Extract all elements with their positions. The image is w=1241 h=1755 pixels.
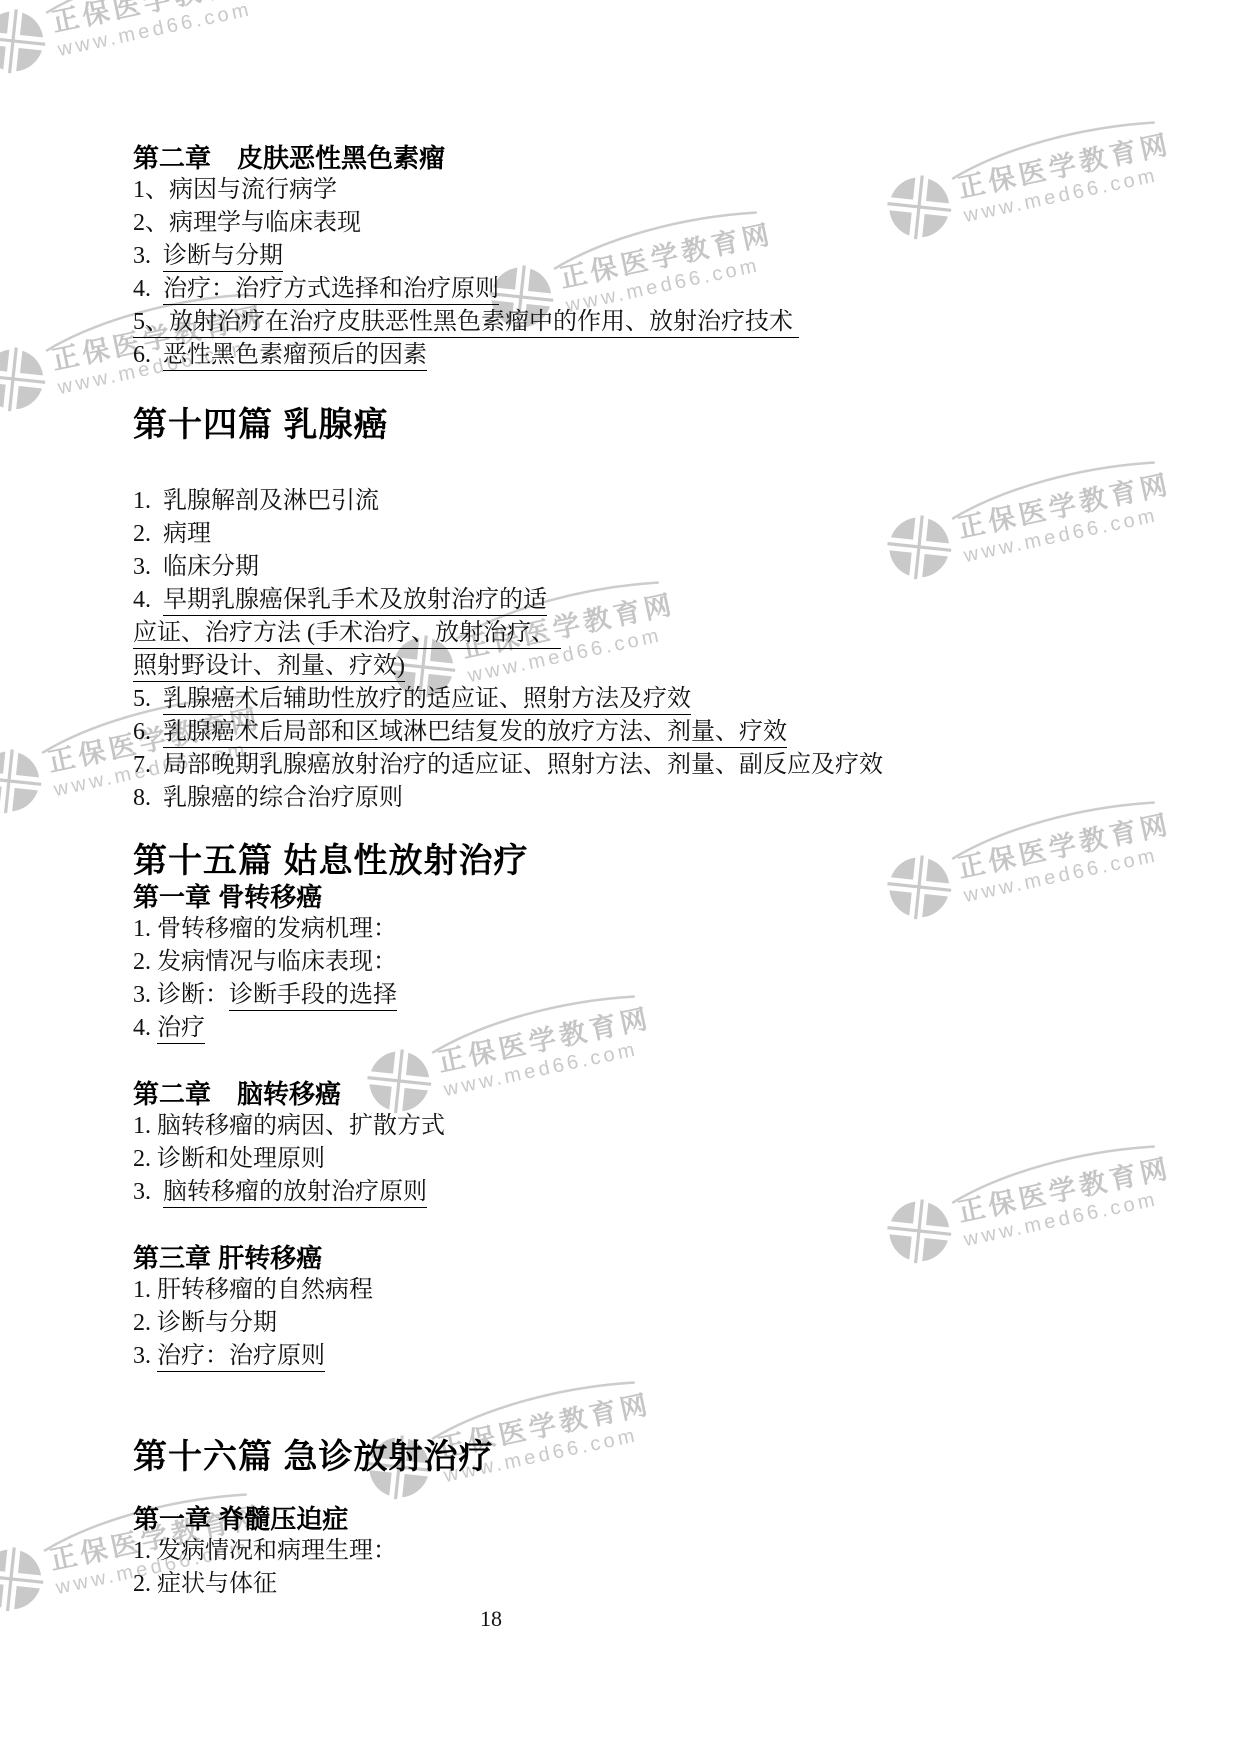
part-heading: 第十五篇 姑息性放射治疗 [133, 841, 1113, 881]
med66-logo-icon [0, 1541, 49, 1617]
page-number: 18 [480, 1606, 502, 1632]
toc-item: 3. 临床分期 [133, 551, 1113, 584]
plain-text: 1. 肝转移瘤的自然病程 [133, 1277, 373, 1303]
watermark: 正保医学教育网 www.med66.com [0, 0, 275, 93]
plain-text: 第一章 脊髓压迫症 [133, 1504, 348, 1534]
watermark-text-block: 正保医学教育网 www.med66.com [48, 0, 273, 63]
spacer [133, 445, 1113, 485]
underlined-text: 脑转移瘤的放射治疗原则 [163, 1179, 427, 1208]
plain-text: 2. 病理 [133, 521, 211, 547]
toc-item: 2. 诊断和处理原则 [133, 1143, 1113, 1176]
plain-text: 第十四篇 乳腺癌 [133, 406, 388, 444]
underlined-text: 诊断与分期 [163, 243, 283, 272]
toc-item: 1、病因与流行病学 [133, 174, 1113, 207]
plain-text: 3. 诊断： [133, 982, 229, 1008]
toc-content: 第二章 皮肤恶性黑色素瘤1、病因与流行病学2、病理学与临床表现3. 诊断与分期4… [133, 142, 1113, 1601]
part-heading: 第十六篇 急诊放射治疗 [133, 1437, 1113, 1477]
underlined-text: 乳腺癌术后辅助性放疗的适应证、照射方法及疗效 [163, 686, 691, 715]
toc-item: 2. 诊断与分期 [133, 1307, 1113, 1340]
plain-text: 4. [133, 1015, 157, 1041]
watermark-url-text: www.med66.com [55, 0, 273, 63]
plain-text: 1. 发病情况和病理生理： [133, 1538, 397, 1564]
plain-text: 6. [133, 342, 163, 368]
underlined-text: 诊断手段的选择 [229, 982, 397, 1011]
toc-item: 3. 诊断与分期 [133, 240, 1113, 273]
plain-text: 2. 症状与体征 [133, 1571, 277, 1597]
plain-text: 3. [133, 243, 163, 269]
plain-text: 7. 局部晚期乳腺癌放射治疗的适应证、照射方法、剂量、副反应及疗效 [133, 752, 883, 778]
underlined-text: 应证、治疗方法 (手术治疗、放射治疗、 [133, 620, 561, 649]
toc-item: 5、放射治疗在治疗皮肤恶性黑色素瘤中的作用、放射治疗技术 [133, 306, 1113, 339]
spacer [133, 815, 1113, 841]
underlined-text: 治疗：治疗原则 [157, 1343, 325, 1372]
underlined-text: 照射野设计、剂量、疗效) [133, 653, 405, 682]
toc-item: 1. 脑转移瘤的病因、扩散方式 [133, 1110, 1113, 1143]
spacer [133, 372, 1113, 405]
part-heading: 第十四篇 乳腺癌 [133, 405, 1113, 445]
plain-text: 3. 临床分期 [133, 554, 259, 580]
plain-text: 第二章 脑转移癌 [133, 1079, 341, 1109]
plain-text: 第一章 骨转移癌 [133, 882, 322, 912]
toc-item: 1. 肝转移瘤的自然病程 [133, 1274, 1113, 1307]
plain-text: 8. 乳腺癌的综合治疗原则 [133, 785, 403, 811]
toc-item: 2、病理学与临床表现 [133, 207, 1113, 240]
toc-item: 1. 发病情况和病理生理： [133, 1535, 1113, 1568]
underlined-text: 早期乳腺癌保乳手术及放射治疗的适 [163, 587, 547, 616]
plain-text: 1. 乳腺解剖及淋巴引流 [133, 488, 379, 514]
toc-item: 4. 治疗 [133, 1012, 1113, 1045]
chapter-heading: 第三章 肝转移癌 [133, 1242, 1113, 1274]
plain-text: 2、病理学与临床表现 [133, 210, 361, 236]
toc-item: 3. 治疗：治疗原则 [133, 1340, 1113, 1373]
plain-text: 第三章 肝转移癌 [133, 1243, 322, 1273]
chapter-heading: 第二章 脑转移癌 [133, 1078, 1113, 1110]
toc-item-continuation: 照射野设计、剂量、疗效) [133, 650, 1113, 683]
toc-item: 6. 恶性黑色素瘤预后的因素 [133, 339, 1113, 372]
toc-item: 7. 局部晚期乳腺癌放射治疗的适应证、照射方法、剂量、副反应及疗效 [133, 749, 1113, 782]
plain-text: 1. 脑转移瘤的病因、扩散方式 [133, 1113, 445, 1139]
toc-item: 8. 乳腺癌的综合治疗原则 [133, 782, 1113, 815]
plain-text: 3. [133, 1179, 163, 1205]
plain-text: 5. [133, 686, 163, 712]
spacer [133, 1045, 1113, 1078]
toc-item: 5. 乳腺癌术后辅助性放疗的适应证、照射方法及疗效 [133, 683, 1113, 716]
plain-text: 2. 诊断与分期 [133, 1310, 277, 1336]
chapter-heading: 第一章 脊髓压迫症 [133, 1503, 1113, 1535]
underlined-text: 乳腺癌术后局部和区域淋巴结复发的放疗方法、剂量、疗效 [163, 719, 787, 748]
plain-text: 2. 发病情况与临床表现： [133, 949, 397, 975]
toc-item: 3. 脑转移瘤的放射治疗原则 [133, 1176, 1113, 1209]
plain-text: 2. 诊断和处理原则 [133, 1146, 325, 1172]
toc-item: 1. 骨转移瘤的发病机理： [133, 913, 1113, 946]
plain-text: 1. 骨转移瘤的发病机理： [133, 916, 397, 942]
plain-text: 6. [133, 719, 163, 745]
toc-item: 4. 早期乳腺癌保乳手术及放射治疗的适 [133, 584, 1113, 617]
plain-text: 4. [133, 276, 163, 302]
toc-item-continuation: 应证、治疗方法 (手术治疗、放射治疗、 [133, 617, 1113, 650]
chapter-heading: 第一章 骨转移癌 [133, 881, 1113, 913]
spacer [133, 1373, 1113, 1437]
spacer [133, 1209, 1113, 1242]
chapter-heading: 第二章 皮肤恶性黑色素瘤 [133, 142, 1113, 174]
toc-item: 3. 诊断：诊断手段的选择 [133, 979, 1113, 1012]
toc-item: 6. 乳腺癌术后局部和区域淋巴结复发的放疗方法、剂量、疗效 [133, 716, 1113, 749]
plain-text: 4. [133, 587, 163, 613]
med66-logo-icon [0, 3, 51, 79]
plain-text: 第二章 皮肤恶性黑色素瘤 [133, 143, 445, 173]
underlined-text: 5、放射治疗在治疗皮肤恶性黑色素瘤中的作用、放射治疗技术 [133, 309, 799, 338]
toc-item: 2. 症状与体征 [133, 1568, 1113, 1601]
underlined-text: 治疗 [157, 1015, 205, 1044]
watermark-swoosh-icon [39, 0, 255, 15]
document-page: 正保医学教育网 www.med66.com 正保医学教育网 www.med66.… [0, 0, 1241, 1755]
toc-item: 2. 病理 [133, 518, 1113, 551]
underlined-text: 恶性黑色素瘤预后的因素 [163, 342, 427, 371]
plain-text: 第十六篇 急诊放射治疗 [133, 1438, 493, 1476]
med66-logo-icon [0, 743, 47, 819]
med66-logo-icon [0, 341, 51, 417]
toc-item: 2. 发病情况与临床表现： [133, 946, 1113, 979]
plain-text: 第十五篇 姑息性放射治疗 [133, 842, 528, 880]
underlined-text: 治疗：治疗方式选择和治疗原则 [163, 276, 499, 305]
watermark-brand-text: 正保医学教育网 [49, 0, 267, 38]
spacer [133, 1477, 1113, 1503]
plain-text: 3. [133, 1343, 157, 1369]
toc-item: 1. 乳腺解剖及淋巴引流 [133, 485, 1113, 518]
toc-item: 4. 治疗：治疗方式选择和治疗原则 [133, 273, 1113, 306]
plain-text: 1、病因与流行病学 [133, 177, 337, 203]
